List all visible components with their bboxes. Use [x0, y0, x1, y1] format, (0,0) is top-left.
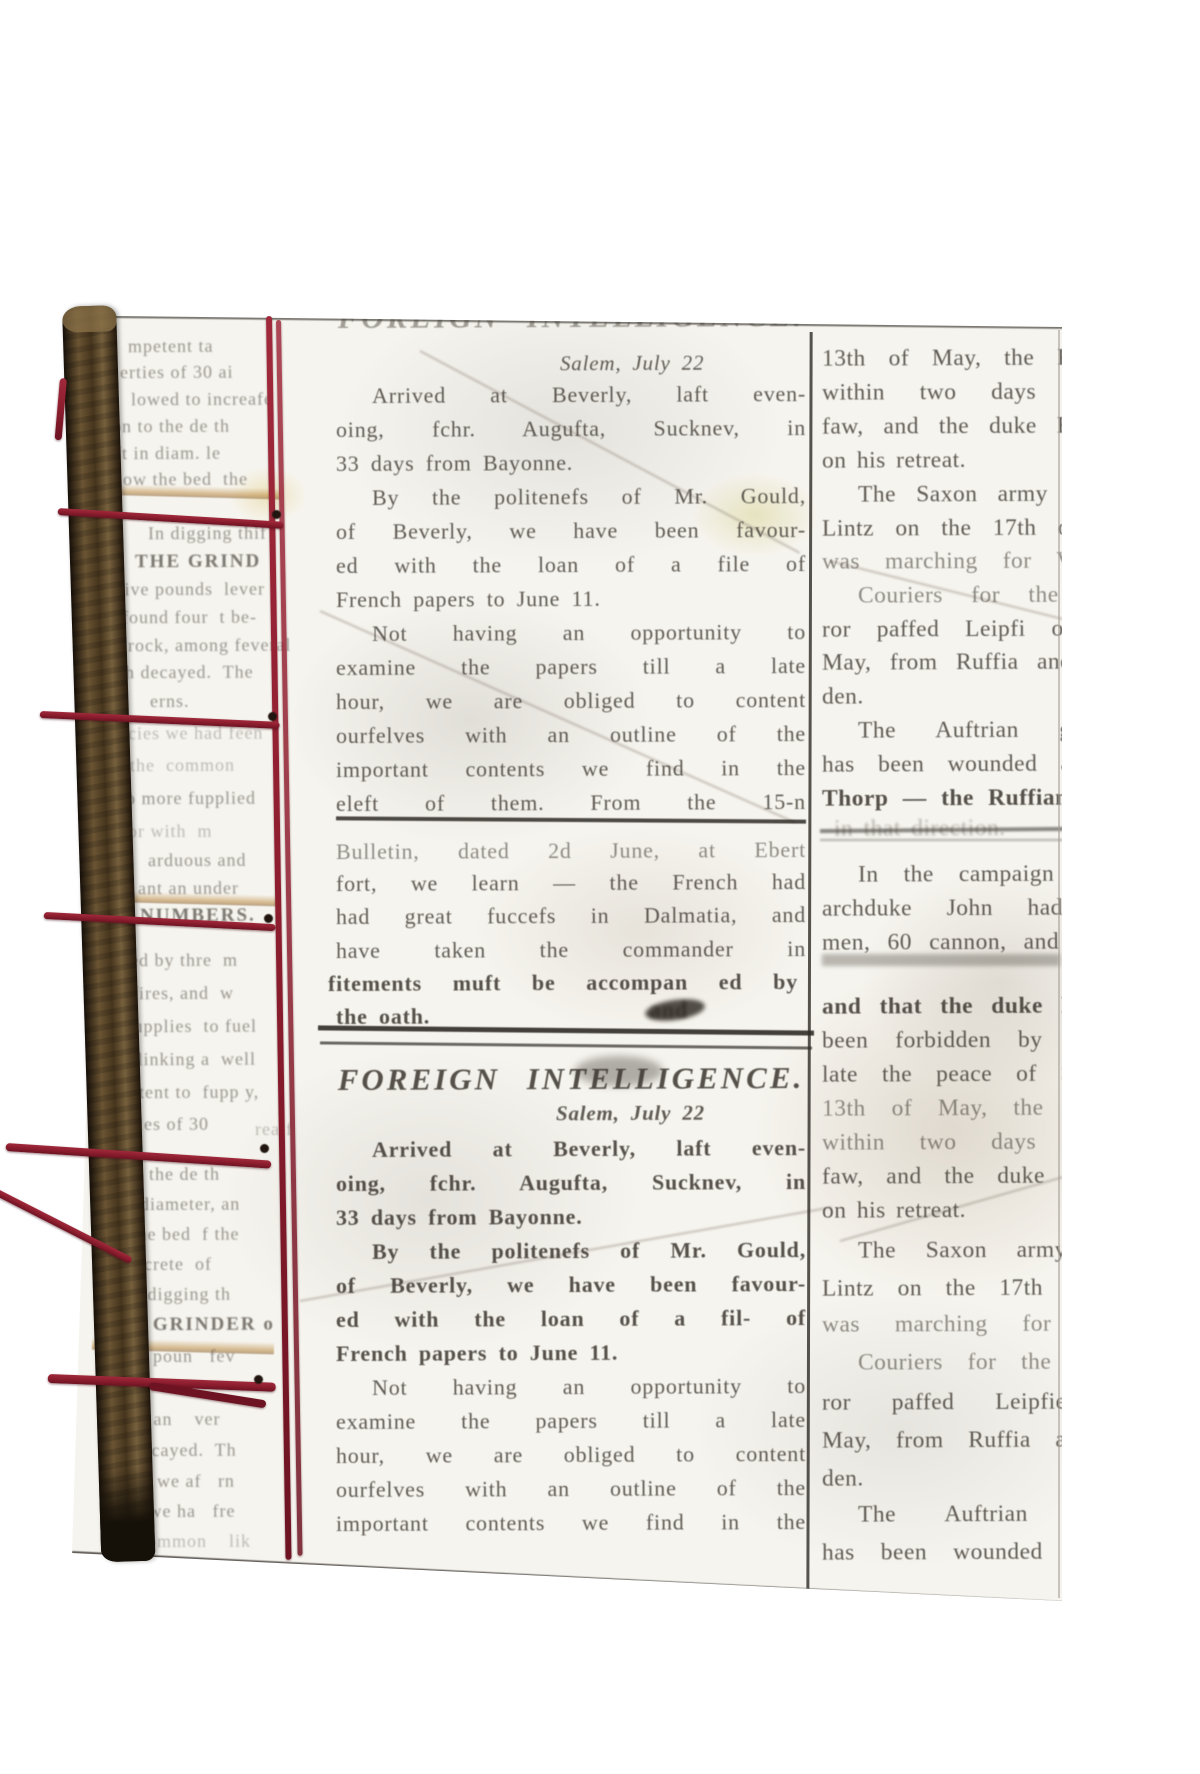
newspaper-text-line: has been wounded at th	[822, 1539, 1132, 1569]
newspaper-text-line: on his retreat.	[822, 1197, 1132, 1227]
newspaper-text-line: ror paffed Leipfie on	[822, 1389, 1132, 1419]
stitch-knot	[268, 712, 277, 721]
newspaper-text-line: archduke John had loft	[822, 895, 1132, 925]
photo-of-bound-newspaper: mpetent taerties of 30 ailowed to increa…	[0, 0, 1200, 1774]
page-right-edge	[1058, 330, 1060, 1598]
newspaper-text-line: Lintz on the 17th of M	[822, 1275, 1132, 1305]
strike-smudge	[822, 954, 1060, 966]
newspaper-text-line: May, from Ruffia and fron	[822, 649, 1132, 679]
newspaper-text-line: The Saxon army had r	[858, 481, 1132, 510]
newspaper-text-line: and that the duke Ferdin	[822, 993, 1132, 1023]
newspaper-text-line: faw, and the duke Ferdin	[822, 1163, 1132, 1193]
right-column: 13th of May, the Ruffianwithin two days …	[0, 0, 1200, 1774]
heading-smudge	[575, 1056, 663, 1086]
newspaper-text-line: 13th of May, the Ruffia	[822, 1095, 1132, 1125]
newspaper-text-line: faw, and the duke Ferdina	[822, 413, 1132, 443]
newspaper-text-line: was marching for Vienna.	[822, 548, 1132, 578]
newspaper-text-line: Couriers for the Fren	[858, 582, 1132, 611]
stitch-knot	[264, 914, 273, 923]
newspaper-text-line: was marching for Vien	[822, 1311, 1132, 1341]
newspaper-text-line: The Saxon army had	[858, 1237, 1132, 1266]
newspaper-text-line: ror paffed Leipfi on the	[822, 616, 1132, 646]
newspaper-text-line: on his retreat.	[822, 447, 1132, 477]
stick-tip-top	[62, 305, 117, 333]
stitch-knot	[272, 510, 281, 519]
newspaper-text-line: has been wounded at the	[822, 751, 1132, 781]
newspaper-text-line: within two days march	[822, 1129, 1132, 1159]
newspaper-text-line: In the campaign in I	[858, 861, 1132, 890]
newspaper-page: mpetent taerties of 30 ailowed to increa…	[0, 0, 1200, 1774]
newspaper-text-line: den.	[822, 1465, 1132, 1495]
newspaper-text-line: late the peace of Silefia.	[822, 1061, 1132, 1091]
newspaper-text-line: within two days march	[822, 379, 1132, 409]
newspaper-text-line: 13th of May, the Ruffian	[822, 345, 1132, 375]
newspaper-text-line: Thorp — the Ruffians wer	[822, 785, 1132, 815]
stitch-knot	[260, 1144, 269, 1153]
stick-tip-bottom	[98, 1466, 155, 1563]
newspaper-text-line: Couriers for the Frenc	[858, 1349, 1132, 1378]
newspaper-text-line: May, from Ruffia and fr	[822, 1427, 1132, 1457]
newspaper-text-line: been forbidden by Ruffia	[822, 1027, 1132, 1057]
newspaper-text-line: den.	[822, 683, 1132, 713]
right-section-rule	[820, 839, 1064, 841]
newspaper-text-line: Lintz on the 17th of Ma	[822, 515, 1132, 545]
newspaper-text-line: The Auftrian general	[858, 717, 1132, 746]
stitch-knot	[254, 1375, 263, 1384]
newspaper-text-line: The Auftrian gener	[858, 1501, 1132, 1530]
